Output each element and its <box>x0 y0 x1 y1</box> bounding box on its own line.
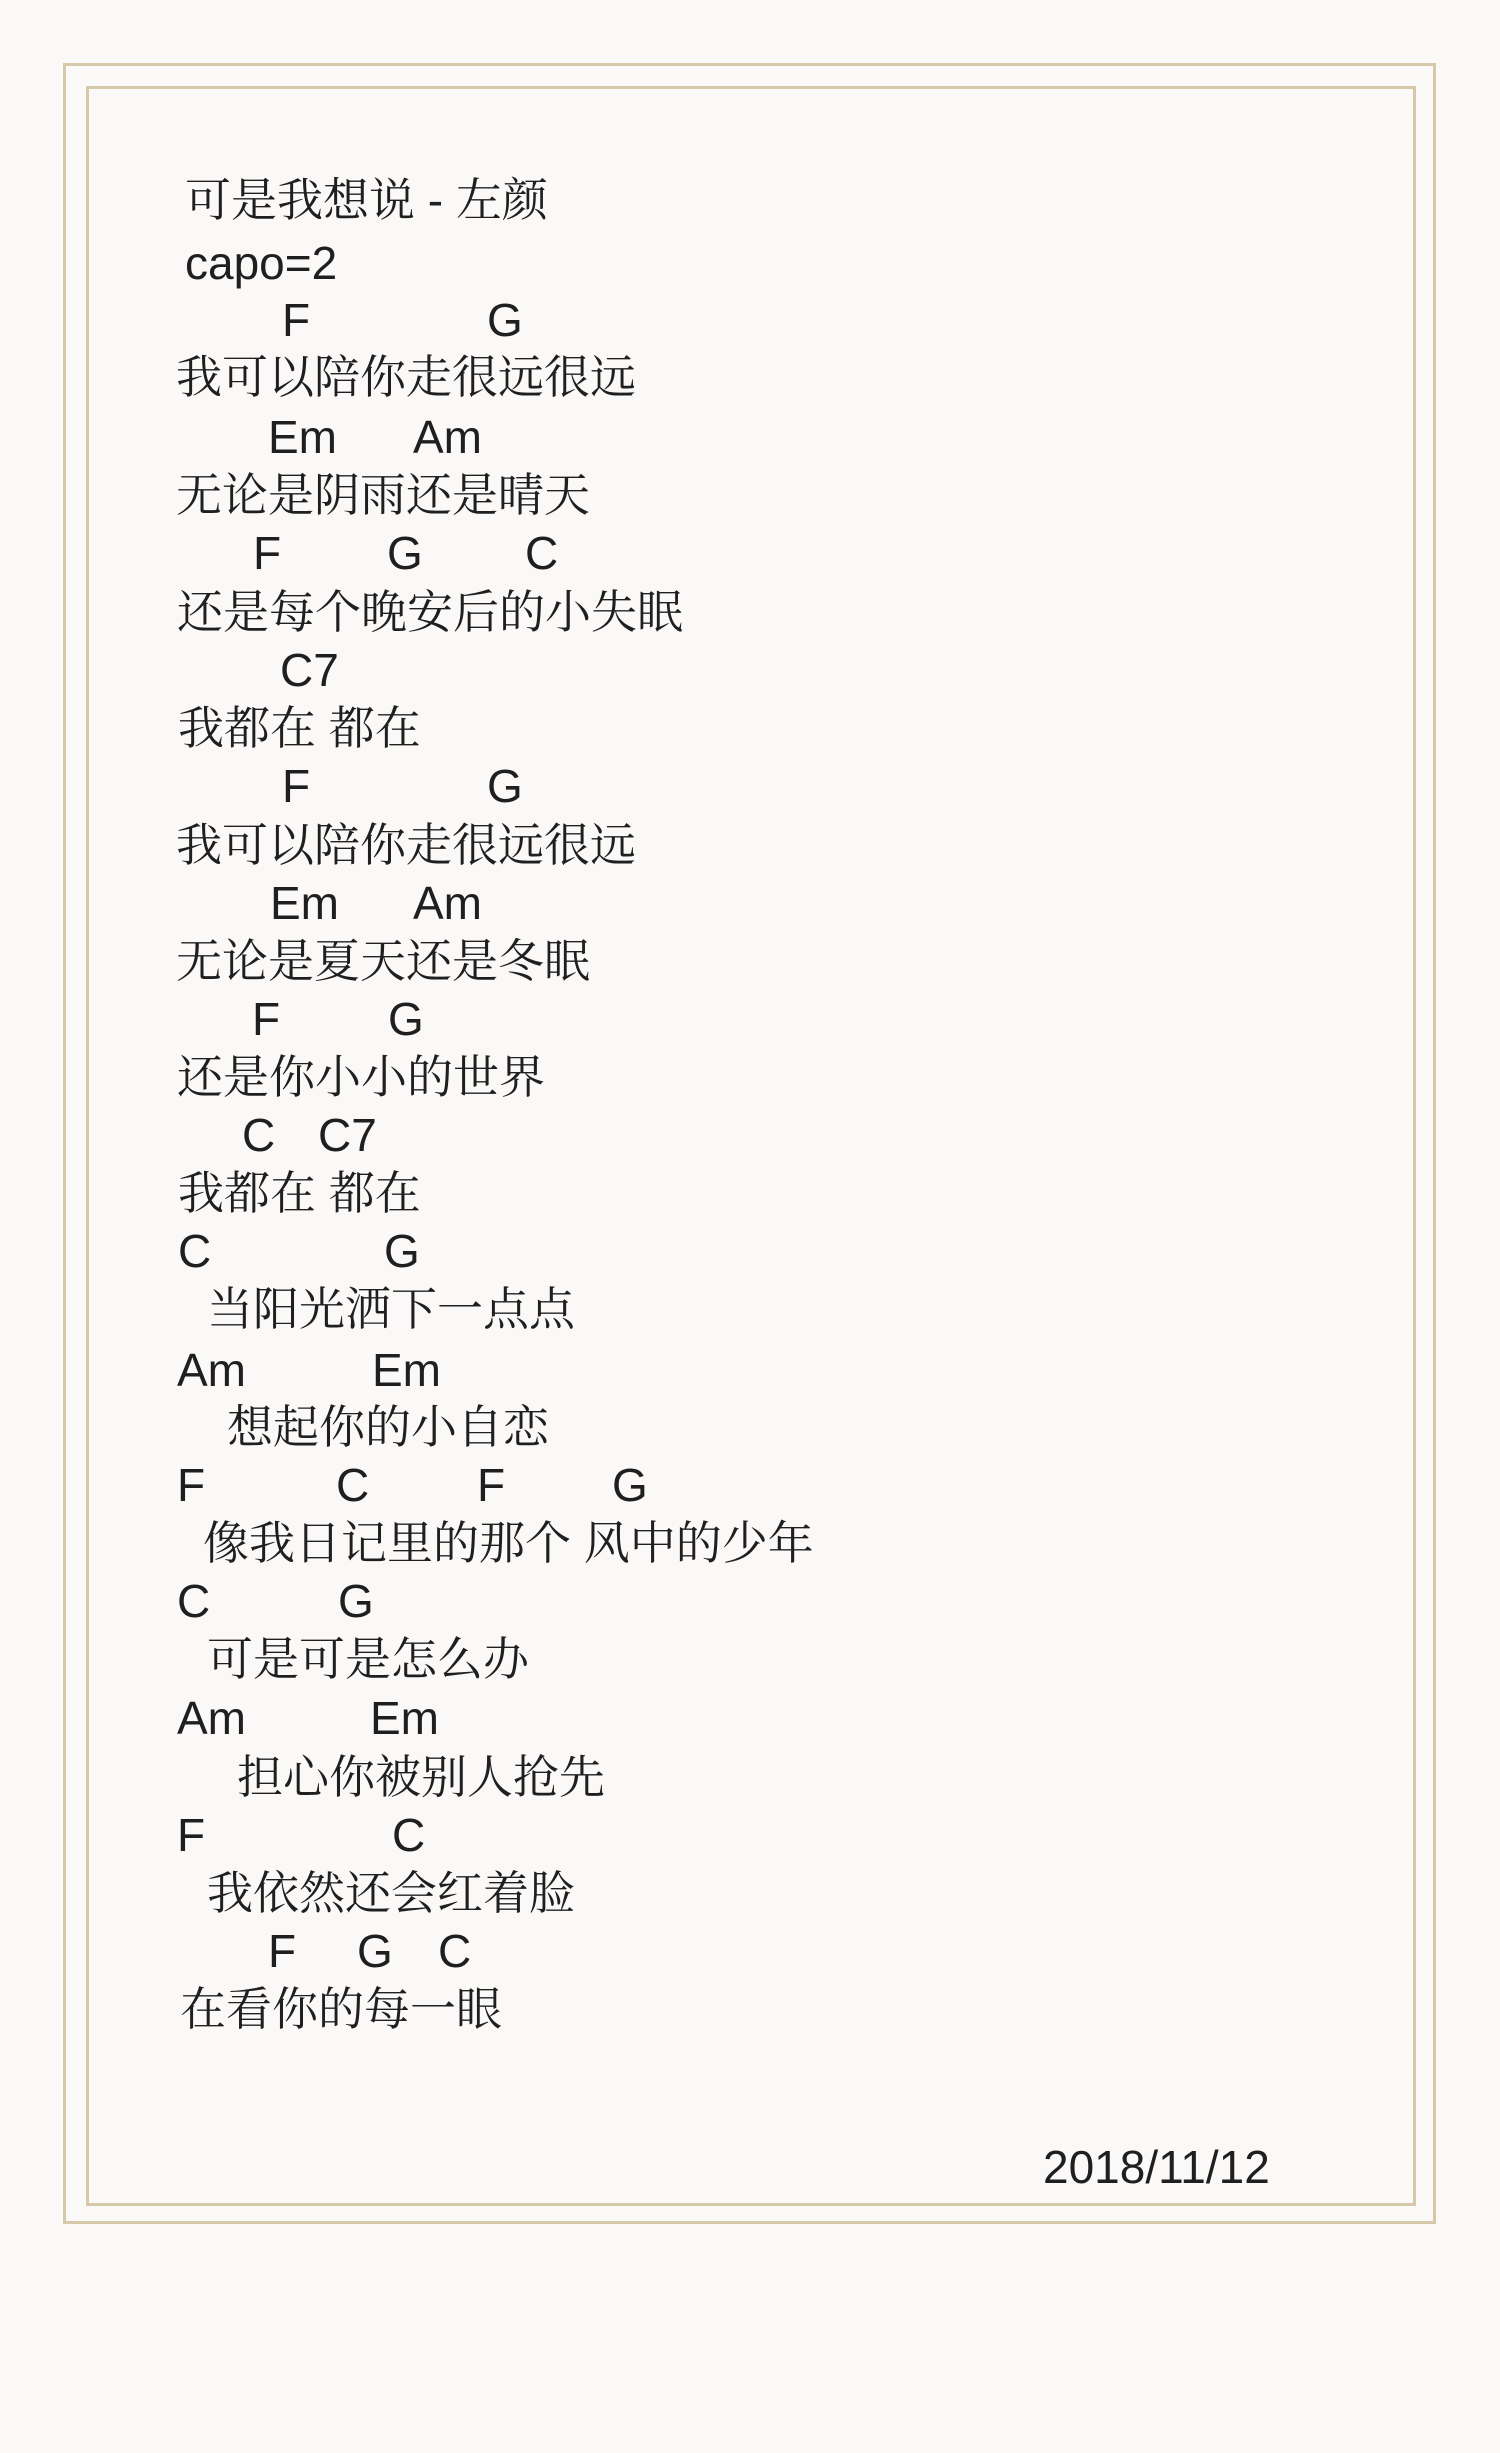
lyric-text: 无论是阴雨还是晴天 <box>176 466 590 524</box>
song-title: 可是我想说 - 左颜 <box>185 171 548 229</box>
lyric-line: 可是可是怎么办 <box>0 1630 1500 1688</box>
lyric-line: 我可以陪你走很远很远 <box>0 816 1500 874</box>
title-line: 可是我想说 - 左颜 <box>0 171 1500 229</box>
chord-line: EmAm <box>0 408 1500 466</box>
chord-line: FG <box>0 291 1500 349</box>
chord-label: C <box>392 1806 425 1864</box>
chord-label: F <box>268 1922 296 1980</box>
chord-label: Am <box>413 874 482 932</box>
chord-label: G <box>612 1456 648 1514</box>
chord-line: CG <box>0 1222 1500 1280</box>
lyric-line: 我依然还会红着脸 <box>0 1864 1500 1922</box>
chord-label: F <box>477 1456 505 1514</box>
chord-line: AmEm <box>0 1341 1500 1399</box>
lyric-text: 当阳光洒下一点点 <box>207 1280 575 1338</box>
chord-label: C <box>525 524 558 582</box>
lyric-text: 还是每个晚安后的小失眠 <box>177 583 683 641</box>
chord-label: Am <box>177 1341 246 1399</box>
chord-line: EmAm <box>0 874 1500 932</box>
chord-line: FGC <box>0 524 1500 582</box>
lyric-text: 我可以陪你走很远很远 <box>176 816 636 874</box>
lyric-text: 担心你被别人抢先 <box>237 1748 605 1806</box>
chord-line: FG <box>0 757 1500 815</box>
chord-label: Am <box>177 1689 246 1747</box>
chord-label: C <box>177 1572 210 1630</box>
chord-label: G <box>384 1222 420 1280</box>
lyric-text: 像我日记里的那个 风中的少年 <box>203 1514 814 1572</box>
lyric-text: 无论是夏天还是冬眠 <box>176 932 590 990</box>
lyric-line: 在看你的每一眼 <box>0 1980 1500 2038</box>
chord-label: C <box>438 1922 471 1980</box>
chord-label: Am <box>413 408 482 466</box>
lyric-text: 我依然还会红着脸 <box>207 1864 575 1922</box>
chord-label: C <box>242 1106 275 1164</box>
chord-label: G <box>487 757 523 815</box>
chord-label: F <box>177 1456 205 1514</box>
capo-text: capo=2 <box>185 234 337 292</box>
song-sheet: 可是我想说 - 左颜 capo=2 FG我可以陪你走很远很远EmAm无论是阴雨还… <box>0 0 1500 2453</box>
chord-label: C7 <box>280 641 339 699</box>
chord-line: FC <box>0 1806 1500 1864</box>
chord-line: C7 <box>0 641 1500 699</box>
chord-label: G <box>487 291 523 349</box>
lyric-text: 在看你的每一眼 <box>180 1980 502 2038</box>
lyric-text: 还是你小小的世界 <box>177 1048 545 1106</box>
lyric-line: 想起你的小自恋 <box>0 1398 1500 1456</box>
chord-label: F <box>177 1806 205 1864</box>
lyric-line: 无论是阴雨还是晴天 <box>0 466 1500 524</box>
chord-line: FGC <box>0 1922 1500 1980</box>
chord-line: FG <box>0 990 1500 1048</box>
chord-line: FCFG <box>0 1456 1500 1514</box>
chord-label: Em <box>270 874 339 932</box>
lyric-line: 我可以陪你走很远很远 <box>0 348 1500 406</box>
chord-label: Em <box>372 1341 441 1399</box>
chord-label: F <box>252 990 280 1048</box>
lyric-text: 想起你的小自恋 <box>227 1398 549 1456</box>
capo-line: capo=2 <box>0 234 1500 292</box>
lyric-text: 我可以陪你走很远很远 <box>176 348 636 406</box>
chord-label: F <box>282 291 310 349</box>
lyric-line: 还是每个晚安后的小失眠 <box>0 583 1500 641</box>
lyric-line: 担心你被别人抢先 <box>0 1748 1500 1806</box>
lyric-line: 无论是夏天还是冬眠 <box>0 932 1500 990</box>
chord-label: G <box>338 1572 374 1630</box>
chord-label: C <box>178 1222 211 1280</box>
lyric-line: 像我日记里的那个 风中的少年 <box>0 1514 1500 1572</box>
lyric-text: 我都在 都在 <box>178 699 421 757</box>
chord-label: F <box>282 757 310 815</box>
chord-line: CC7 <box>0 1106 1500 1164</box>
lyric-line: 我都在 都在 <box>0 699 1500 757</box>
lyric-line: 还是你小小的世界 <box>0 1048 1500 1106</box>
lyric-line: 我都在 都在 <box>0 1164 1500 1222</box>
chord-label: Em <box>370 1689 439 1747</box>
chord-label: G <box>387 524 423 582</box>
date-stamp: 2018/11/12 <box>1043 2138 1270 2196</box>
lyric-line: 当阳光洒下一点点 <box>0 1280 1500 1338</box>
chord-line: CG <box>0 1572 1500 1630</box>
chord-label: Em <box>268 408 337 466</box>
chord-label: C7 <box>318 1106 377 1164</box>
chord-label: F <box>253 524 281 582</box>
lyric-text: 我都在 都在 <box>178 1164 421 1222</box>
chord-label: C <box>336 1456 369 1514</box>
chord-label: G <box>357 1922 393 1980</box>
lyric-text: 可是可是怎么办 <box>207 1630 529 1688</box>
chord-line: AmEm <box>0 1689 1500 1747</box>
chord-label: G <box>388 990 424 1048</box>
